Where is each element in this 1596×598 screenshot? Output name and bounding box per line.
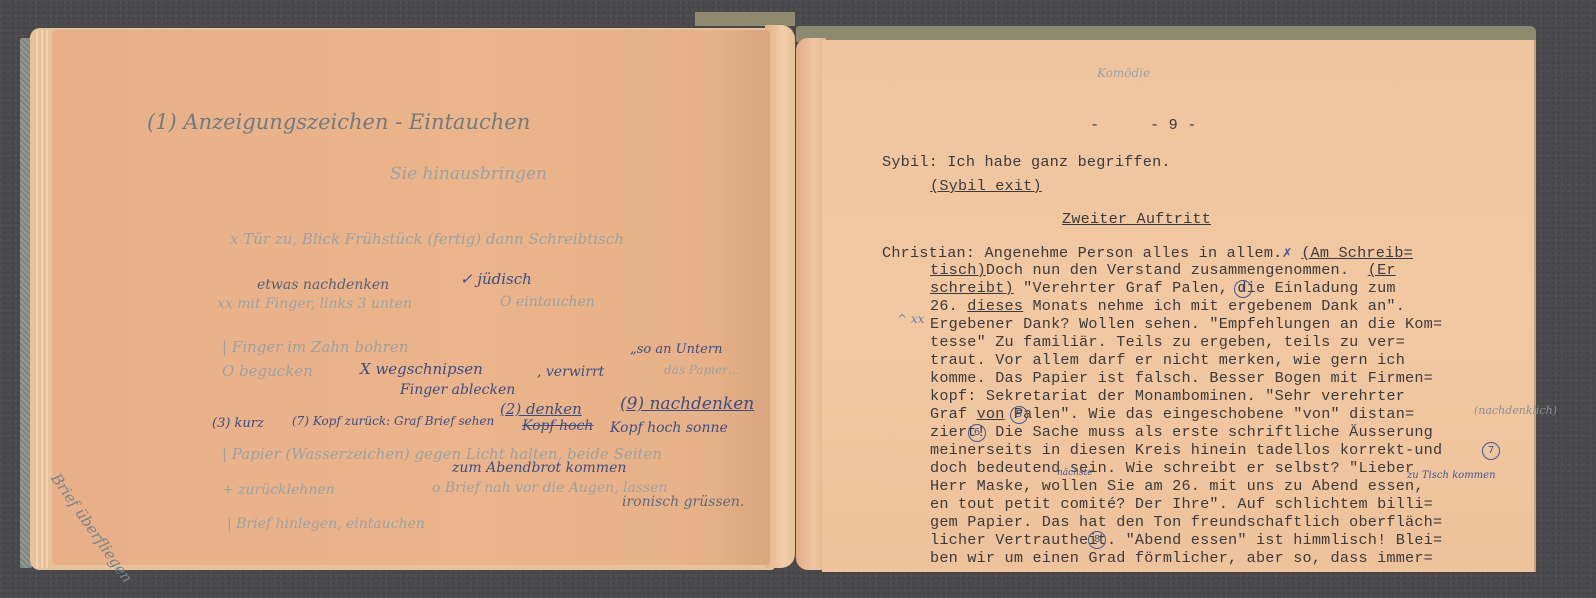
scene-title: Zweiter Auftritt — [1062, 210, 1211, 228]
annotation-above-essen: zu Tisch kommen — [1407, 470, 1496, 481]
note-16: (9) nachdenken — [620, 394, 754, 414]
annotation-margin-right: (nachdenklich) — [1474, 404, 1557, 417]
note-0: x Tür zu, Blick Frühstück (fertig) dann … — [230, 230, 624, 248]
note-8: , verwirrt — [537, 364, 604, 380]
annotation-circle-6: 6 — [968, 424, 986, 442]
note-5: | Finger im Zahn bohren — [222, 338, 408, 356]
note-19: zum Abendbrot kommen — [452, 460, 626, 476]
text-line-14: Herr Maske, wollen Sie am 26. mit uns zu… — [930, 477, 1424, 495]
text-line-18: ben wir um einen Grad förmlicher, aber s… — [930, 549, 1433, 567]
text-line-4: 26. dieses Monats nehme ich mit ergebene… — [930, 297, 1405, 315]
note-10: das Papier… — [664, 363, 740, 377]
text-line-13: doch bedeutend sein. Wie schreibt er sel… — [930, 459, 1414, 477]
annotation-above-26: nächste — [1057, 468, 1093, 478]
note-20: + zurücklehnen — [222, 482, 335, 498]
text-line-1: Christian: Angenehme Person alles in all… — [882, 243, 1413, 262]
annotation-circle-8: 8 — [1088, 531, 1106, 549]
text-line-8: komme. Das Papier ist falsch. Besser Bog… — [930, 369, 1433, 387]
text-line-11: ziert! Die Sache muss als erste schriftl… — [930, 423, 1433, 441]
left-heading: (1) Anzeigungszeichen - Eintauchen — [147, 110, 530, 134]
stage-direction-exit: (Sybil exit) — [930, 177, 1042, 195]
note-12: (3) kurz — [212, 416, 264, 431]
note-22: ironisch grüssen. — [622, 494, 744, 510]
left-subheading: Sie hinausbringen — [390, 164, 547, 184]
note-4: O eintauchen — [500, 294, 595, 310]
text-line-2: tisch)Doch nun den Verstand zusammengeno… — [930, 261, 1396, 279]
header-note: Komödie — [1097, 66, 1150, 80]
note-23: | Brief hinlegen, eintauchen — [227, 516, 425, 532]
text-line-17: licher Vertrautheit. "Abend essen" ist h… — [930, 531, 1442, 549]
note-17: Kopf hoch sonne — [610, 420, 728, 436]
annotation-circle-7: 7 — [1482, 442, 1500, 460]
note-9: „so an Untern — [630, 342, 722, 357]
note-13: (7) Kopf zurück: Graf Brief sehen — [292, 414, 494, 428]
line-sybil: Sybil: Ich habe ganz begriffen. — [882, 153, 1171, 171]
note-3: xx mit Finger, links 3 unten — [217, 296, 412, 312]
note-6: O begucken — [222, 362, 313, 380]
gutter-binding-strip — [695, 12, 795, 26]
note-2: ✓ jüdisch — [460, 270, 532, 288]
left-page: (1) Anzeigungszeichen - Eintauchen Sie h… — [52, 30, 770, 565]
text-line-10: Graf von Palen". Wie das eingeschobene "… — [930, 405, 1414, 423]
note-15: Kopf hoch — [522, 418, 593, 434]
text-line-6: tesse" Zu familiär. Teils zu ergeben, te… — [930, 333, 1405, 351]
note-11: Finger ablecken — [400, 382, 515, 398]
text-line-5: Ergebener Dank? Wollen sehen. "Empfehlun… — [930, 315, 1442, 333]
text-line-16: gem Papier. Das hat den Ton freundschaft… — [930, 513, 1442, 531]
note-7: X wegschnipsen — [360, 360, 483, 378]
annotation-circle-5: 5 — [1010, 406, 1028, 424]
page-number: - 9 - — [1150, 116, 1197, 134]
page-number-dash: - — [1090, 116, 1099, 134]
text-line-3: schreibt) "Verehrter Graf Palen, die Ein… — [930, 279, 1396, 297]
text-line-15: en tout petit comité? Der Ihre". Auf sch… — [930, 495, 1433, 513]
text-line-9: kopf: Sekretariat der Monambominen. "Seh… — [930, 387, 1405, 405]
right-page: Komödie - - 9 - Sybil: Ich habe ganz beg… — [822, 40, 1536, 572]
note-1: etwas nachdenken — [257, 277, 389, 293]
text-line-7: traut. Vor allem darf er nicht merken, w… — [930, 351, 1405, 369]
annotation-circle-1: 1 — [1234, 280, 1252, 298]
annotation-double-x: ^ xx — [897, 312, 924, 326]
note-14: (2) denken — [500, 400, 582, 418]
text-line-12: meinerseits in diesen Kreis hinein tadel… — [930, 441, 1442, 459]
